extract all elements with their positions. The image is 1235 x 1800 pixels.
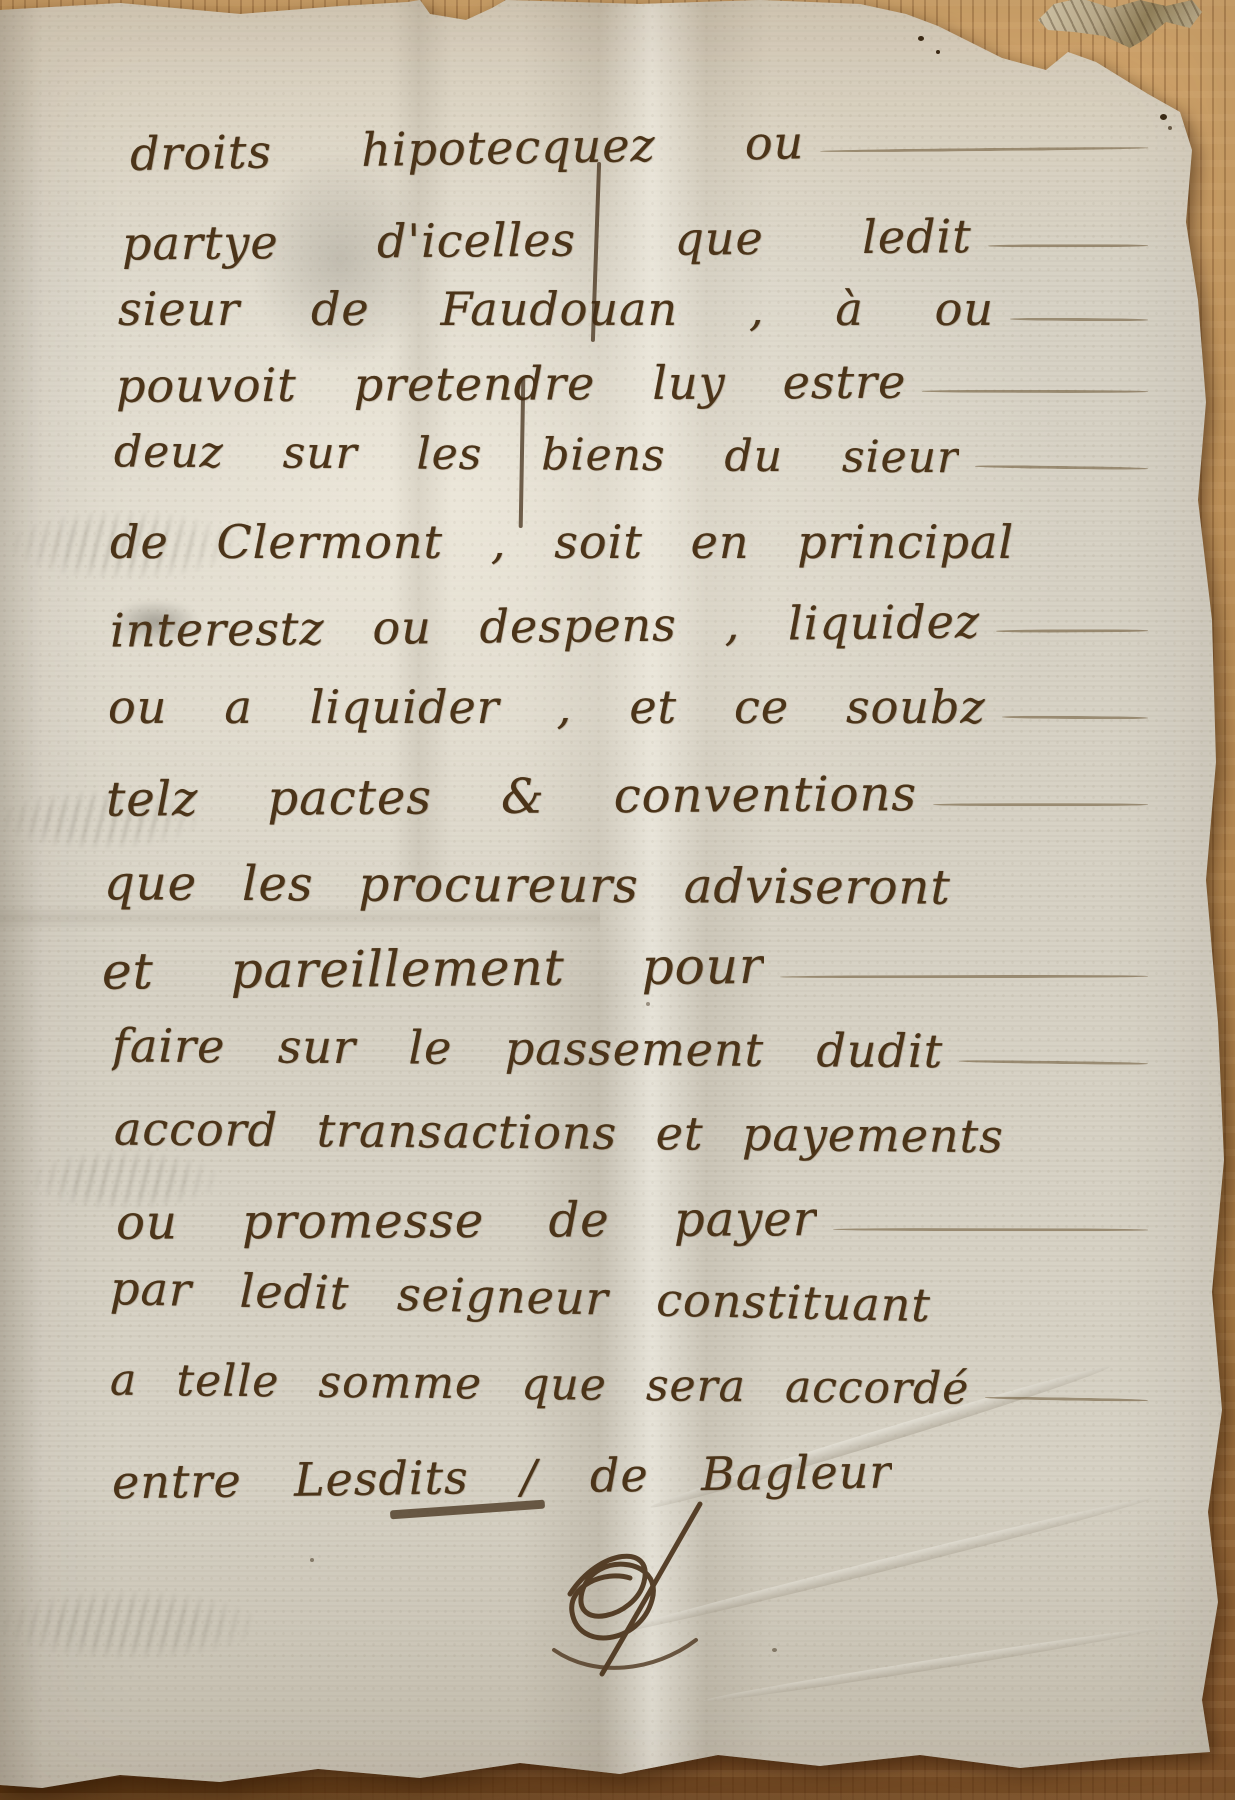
manuscript-text-line: droits hipotecquez ou xyxy=(130,109,1159,181)
manuscript-text-line: partye d'icelles que ledit xyxy=(122,207,1158,270)
manuscript-text: telz pactes & conventions xyxy=(106,766,917,828)
foxing-dot xyxy=(310,1558,314,1562)
manuscript-text-line: ou promesse de payer xyxy=(116,1189,1158,1250)
line-filler-stroke xyxy=(996,629,1148,633)
manuscript-text: et pareillement pour xyxy=(102,937,764,1001)
manuscript-text-line: telz pactes & conventions xyxy=(106,764,1158,827)
manuscript-text: faire sur le passement dudit xyxy=(112,1018,944,1078)
ink-speck xyxy=(1168,126,1172,130)
manuscript-text-line: que les procureurs adviseront xyxy=(104,855,1158,917)
line-filler-stroke xyxy=(1010,318,1148,322)
line-filler-stroke xyxy=(975,465,1148,470)
manuscript-text: partye d'icelles que ledit xyxy=(122,209,972,270)
line-filler-stroke xyxy=(922,390,1148,393)
manuscript-text-line: a telle somme que sera accordé xyxy=(110,1355,1158,1417)
manuscript-text: par ledit seigneur constituant xyxy=(110,1261,932,1332)
manuscript-text: droits hipotecquez ou xyxy=(130,115,805,181)
foxing-dot xyxy=(646,1002,650,1006)
line-filler-stroke xyxy=(820,146,1148,152)
line-filler-stroke xyxy=(985,1396,1148,1402)
photograph-of-manuscript: droits hipotecquez oupartye d'icelles qu… xyxy=(0,0,1235,1800)
manuscript-text: pouvoit pretendre luy estre xyxy=(116,355,906,413)
manuscript-text-line: interestz ou despens , liquidez xyxy=(110,593,1159,658)
line-filler-stroke xyxy=(780,975,1148,979)
paper-sheet: droits hipotecquez oupartye d'icelles qu… xyxy=(0,0,1235,1800)
manuscript-text: accord transactions et payements xyxy=(114,1101,1004,1163)
manuscript-page: droits hipotecquez oupartye d'icelles qu… xyxy=(0,0,1235,1800)
manuscript-text: ou promesse de payer xyxy=(116,1191,817,1251)
line-filler-stroke xyxy=(959,1060,1148,1066)
manuscript-text-line: par ledit seigneur constituant xyxy=(110,1261,1159,1337)
manuscript-text: interestz ou despens , liquidez xyxy=(110,594,981,657)
foxing-dot xyxy=(772,1648,777,1652)
line-filler-stroke xyxy=(988,244,1148,247)
manuscript-text-line: deuz sur les biens du sieur xyxy=(114,426,1158,484)
manuscript-text-line: accord transactions et payements xyxy=(114,1101,1158,1164)
line-filler-stroke xyxy=(833,1228,1148,1232)
line-filler-stroke xyxy=(933,803,1148,806)
manuscript-text-line: sieur de Faudouan , à ou xyxy=(118,282,1158,336)
line-filler-stroke xyxy=(1002,715,1148,719)
manuscript-text-line: de Clermont , soit en principal xyxy=(110,515,1158,569)
signature-paraph-flourish xyxy=(542,1498,722,1683)
ink-speck xyxy=(918,36,924,41)
manuscript-text: de Clermont , soit en principal xyxy=(110,515,1014,569)
manuscript-text-line: et pareillement pour xyxy=(102,933,1158,1000)
ink-speck xyxy=(1160,114,1167,120)
ink-speck xyxy=(936,50,940,54)
manuscript-text-line: ou a liquider , et ce soubz xyxy=(108,680,1158,734)
manuscript-text: que les procureurs adviseront xyxy=(104,855,951,915)
manuscript-text: entre Lesdits / de Bagleur xyxy=(112,1444,893,1509)
manuscript-text-line: pouvoit pretendre luy estre xyxy=(116,353,1158,412)
manuscript-text: deuz sur les biens du sieur xyxy=(114,426,959,483)
manuscript-text: ou a liquider , et ce soubz xyxy=(108,680,986,734)
manuscript-text: a telle somme que sera accordé xyxy=(110,1355,970,1415)
manuscript-text-line: faire sur le passement dudit xyxy=(112,1018,1158,1079)
manuscript-text: sieur de Faudouan , à ou xyxy=(118,282,994,336)
